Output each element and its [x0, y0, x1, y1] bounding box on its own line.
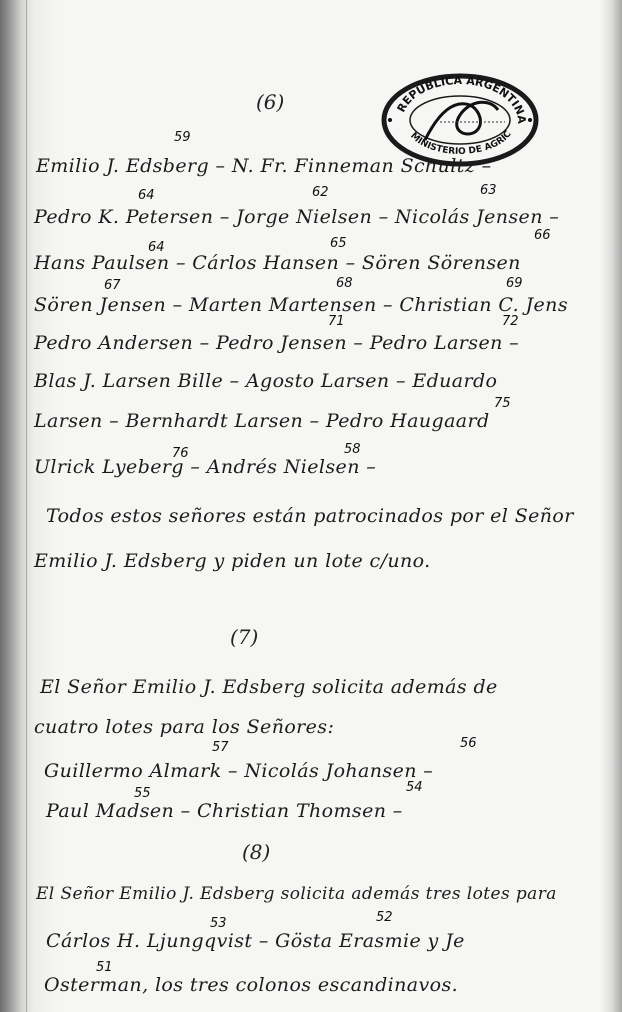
text-line: Osterman, los tres colonos escandinavos.	[44, 974, 458, 996]
text-line: Larsen – Bernhardt Larsen – Pedro Haugaa…	[34, 410, 490, 432]
lot-number: 55	[134, 786, 151, 801]
text-line: Sören Jensen – Marten Martensen – Christ…	[34, 294, 568, 316]
text-line: Hans Paulsen – Cárlos Hansen – Sören Sör…	[34, 252, 521, 274]
lot-number: 65	[330, 236, 347, 251]
lot-number: 66	[534, 228, 551, 243]
text-line: El Señor Emilio J. Edsberg solicita adem…	[40, 676, 498, 698]
lot-number: 58	[344, 442, 361, 457]
text-line: cuatro lotes para los Señores:	[34, 716, 334, 738]
text-line: El Señor Emilio J. Edsberg solicita adem…	[36, 884, 557, 904]
text-line: Paul Madsen – Christian Thomsen –	[46, 800, 403, 822]
lot-number: 63	[480, 183, 497, 198]
lot-number: 53	[210, 916, 227, 931]
lot-number: 51	[96, 960, 113, 975]
text-line: Todos estos señores están patrocinados p…	[46, 505, 574, 527]
lot-number: 75	[494, 396, 511, 411]
scanned-page: REPÚBLICA ARGENTINA MINISTERIO DE AGRICU…	[0, 0, 622, 1012]
lot-number: 57	[212, 740, 229, 755]
text-line: Ulrick Lyeberg – Andrés Nielsen –	[34, 456, 376, 478]
lot-number: 72	[502, 314, 519, 329]
lot-number: 54	[406, 780, 423, 795]
text-line: Guillermo Almark – Nicolás Johansen –	[44, 760, 433, 782]
lot-number: 62	[312, 185, 329, 200]
text-line: Emilio J. Edsberg y piden un lote c/uno.	[34, 550, 431, 572]
text-line: Pedro Andersen – Pedro Jensen – Pedro La…	[34, 332, 519, 354]
lot-number: 67	[104, 278, 121, 293]
text-line: Emilio J. Edsberg – N. Fr. Finneman Schu…	[36, 155, 492, 177]
text-line: Pedro K. Petersen – Jorge Nielsen – Nico…	[34, 206, 559, 228]
binding-edge	[26, 0, 27, 1012]
lot-number: 59	[174, 130, 191, 145]
text-line: Cárlos H. Ljungqvist – Gösta Erasmie y J…	[46, 930, 465, 952]
section-number: (7)	[230, 625, 258, 649]
lot-number: 52	[376, 910, 393, 925]
lot-number: 71	[328, 314, 345, 329]
lot-number: 69	[506, 276, 523, 291]
section-number: (8)	[242, 840, 270, 864]
lot-number: 68	[336, 276, 353, 291]
section-number: (6)	[256, 90, 284, 114]
lot-number: 64	[138, 188, 155, 203]
lot-number: 56	[460, 736, 477, 751]
svg-text:REPÚBLICA ARGENTINA: REPÚBLICA ARGENTINA	[395, 74, 529, 125]
text-line: Blas J. Larsen Bille – Agosto Larsen – E…	[34, 370, 497, 392]
